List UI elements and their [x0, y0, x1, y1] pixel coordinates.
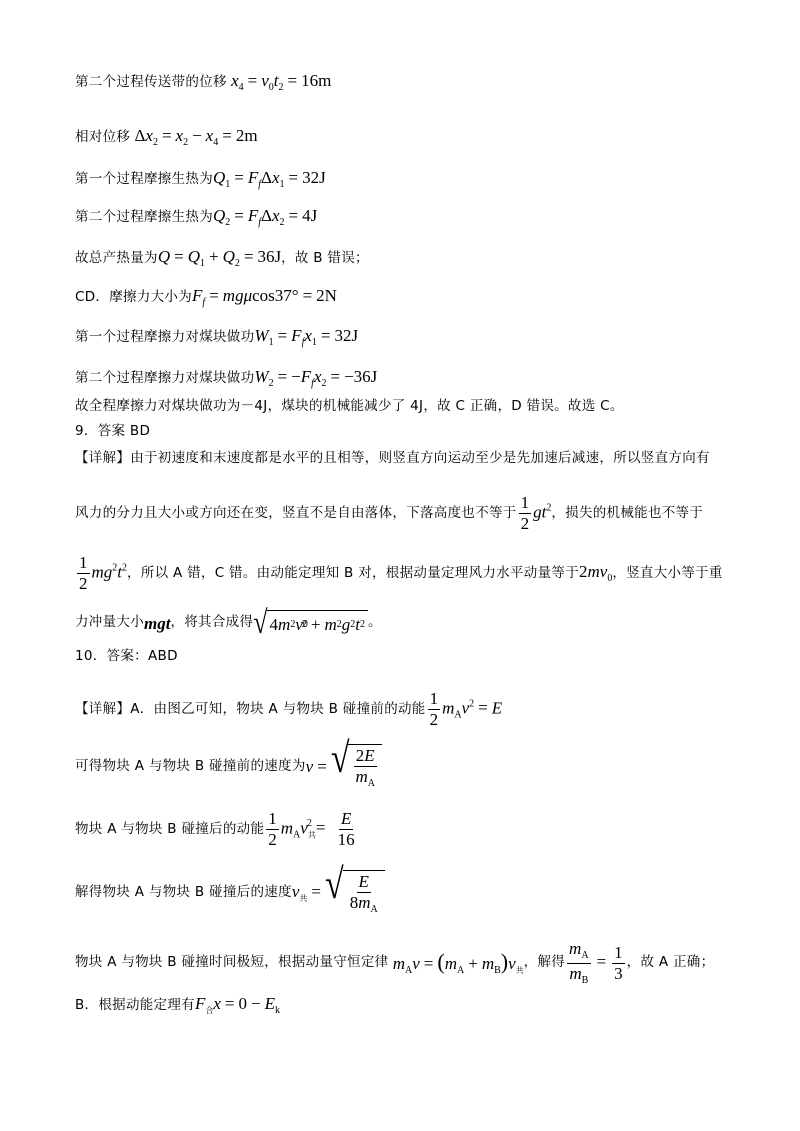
text: 第二个过程传送带的位移 [75, 76, 227, 90]
line-work-w2: 第二个过程摩擦力对煤块做功 W2=−Ffx2=−36J [75, 368, 377, 389]
text-b: ，竖直大小等于重 [612, 567, 722, 581]
line-belt-displacement: 第二个过程传送带的位移 x4=v0t2=16m [75, 72, 331, 93]
text: 第二个过程摩擦生热为 [75, 211, 213, 225]
text-c: 。 [368, 616, 382, 630]
formula-w2: W2=−Ffx2=−36J [254, 368, 377, 389]
text-a: 物块 A 与物块 B 碰撞时间极短，根据动量守恒定律 [75, 956, 388, 970]
formula-ff: Ff=mgμcos37°=2N [192, 287, 337, 308]
formula-sqrt-2e-ma: √ 2EmA [331, 744, 382, 789]
text: 相对位移 [75, 131, 130, 145]
text-b: ，损失的机械能也不等于 [551, 507, 703, 521]
text: B．根据动能定理有 [75, 999, 195, 1013]
formula-mgt: mgt [144, 615, 170, 632]
formula-2mv0: 2mv0 [579, 563, 612, 584]
formula-v: v= [306, 758, 331, 775]
line-work-w1: 第一个过程摩擦力对煤块做功 W1=Ffx1=32J [75, 327, 358, 348]
text: 第一个过程摩擦生热为 [75, 173, 213, 187]
text: 【详解】A．由图乙可知，物块 A 与物块 B 碰撞前的动能 [75, 703, 426, 717]
text-b: ，解得 [524, 956, 565, 970]
line-explain-q9-2: 风力的分力且大小或方向还在变，竖直不是自由落体，下落高度也不等于 12gt2 ，… [75, 494, 703, 533]
text: 故全程摩擦力对煤块做功为－4J，煤块的机械能减少了 4J，故 C 正确，D 错误… [75, 400, 624, 414]
formula-sqrt-combined: √ 4m2v02+m2g2t2 [253, 610, 368, 636]
line-explain-q9-3: 12mg2t2 ，所以 A 错，C 错。由动能定理知 B 对，根据动量定理风力水… [75, 554, 723, 593]
line-relative-displacement: 相对位移 Δx2=x2−x4=2m [75, 127, 258, 148]
formula-momentum: mAv=(mA+mB)v共 [388, 951, 523, 976]
line-explain-q10-b: B．根据动能定理有 F合x=0−Ek [75, 995, 280, 1016]
text: 可得物块 A 与物块 B 碰撞前的速度为 [75, 760, 306, 774]
line-explain-q9: 【详解】由于初速度和末速度都是水平的且相等，则竖直方向运动至少是先加速后减速，所… [75, 452, 710, 466]
text: 故总产热量为 [75, 252, 158, 266]
formula-sqrt-e-8ma: √ E8mA [325, 870, 385, 915]
text: 物块 A 与物块 B 碰撞后的动能 [75, 823, 264, 837]
formula-x4: x4=v0t2=16m [227, 72, 332, 93]
formula-dx2: Δx2=x2−x4=2m [130, 127, 257, 148]
formula-v-common: v共= [292, 883, 325, 903]
line-explain-q10-a: 【详解】A．由图乙可知，物块 A 与物块 B 碰撞前的动能 12mAv2=E [75, 690, 502, 729]
answer-q9: 9．答案 BD [75, 425, 150, 439]
line-velocity-after: 解得物块 A 与物块 B 碰撞后的速度 v共= √ E8mA [75, 870, 385, 915]
line-explain-q9-4: 力冲量大小 mgt ，将其合成得 √ 4m2v02+m2g2t2 。 [75, 610, 382, 636]
line-heat-q2: 第二个过程摩擦生热为 Q2=FfΔx2=4J [75, 207, 317, 228]
text-a: ，所以 A 错，C 错。由动能定理知 B 对，根据动量定理风力水平动量等于 [127, 567, 579, 581]
text: 10．答案：ABD [75, 650, 178, 664]
formula-work-energy: F合x=0−Ek [195, 995, 280, 1016]
formula-half-gt2: 12gt2 [517, 494, 552, 533]
text-a: 风力的分力且大小或方向还在变，竖直不是自由落体，下落高度也不等于 [75, 507, 517, 521]
line-conclusion-c: 故全程摩擦力对煤块做功为－4J，煤块的机械能减少了 4J，故 C 正确，D 错误… [75, 400, 624, 414]
formula-q: Q=Q1+Q2=36J [158, 248, 281, 269]
formula-ke-after: 12mAv共2= E16 [264, 810, 358, 849]
answer-q10: 10．答案：ABD [75, 650, 178, 664]
line-total-heat: 故总产热量为 Q=Q1+Q2=36J ，故 B 错误； [75, 248, 369, 269]
line-ke-after: 物块 A 与物块 B 碰撞后的动能 12mAv共2= E16 [75, 810, 359, 849]
text-a: 力冲量大小 [75, 616, 144, 630]
formula-ke-before: 12mAv2=E [426, 690, 503, 729]
text: 第一个过程摩擦力对煤块做功 [75, 331, 254, 345]
text: 【详解】由于初速度和末速度都是水平的且相等，则竖直方向运动至少是先加速后减速，所… [75, 452, 710, 466]
line-friction-force: CD．摩擦力大小为 Ff=mgμcos37°=2N [75, 287, 337, 308]
formula-w1: W1=Ffx1=32J [254, 327, 358, 348]
line-velocity-before: 可得物块 A 与物块 B 碰撞前的速度为 v= √ 2EmA [75, 744, 382, 789]
text: 9．答案 BD [75, 425, 150, 439]
text: 解得物块 A 与物块 B 碰撞后的速度 [75, 886, 292, 900]
text-b: ，将其合成得 [170, 616, 253, 630]
text: 第二个过程摩擦力对煤块做功 [75, 372, 254, 386]
formula-q1: Q1=FfΔx1=32J [213, 169, 326, 190]
formula-mass-ratio: mAmB=13 [565, 940, 627, 986]
text: CD．摩擦力大小为 [75, 291, 192, 305]
text-c: ，故 A 正确； [627, 956, 715, 970]
line-momentum: 物块 A 与物块 B 碰撞时间极短，根据动量守恒定律 mAv=(mA+mB)v共… [75, 940, 714, 986]
line-heat-q1: 第一个过程摩擦生热为 Q1=FfΔx1=32J [75, 169, 326, 190]
text-tail: ，故 B 错误； [281, 252, 369, 266]
formula-half-mg2t2: 12mg2t2 [75, 554, 127, 593]
formula-q2: Q2=FfΔx2=4J [213, 207, 317, 228]
